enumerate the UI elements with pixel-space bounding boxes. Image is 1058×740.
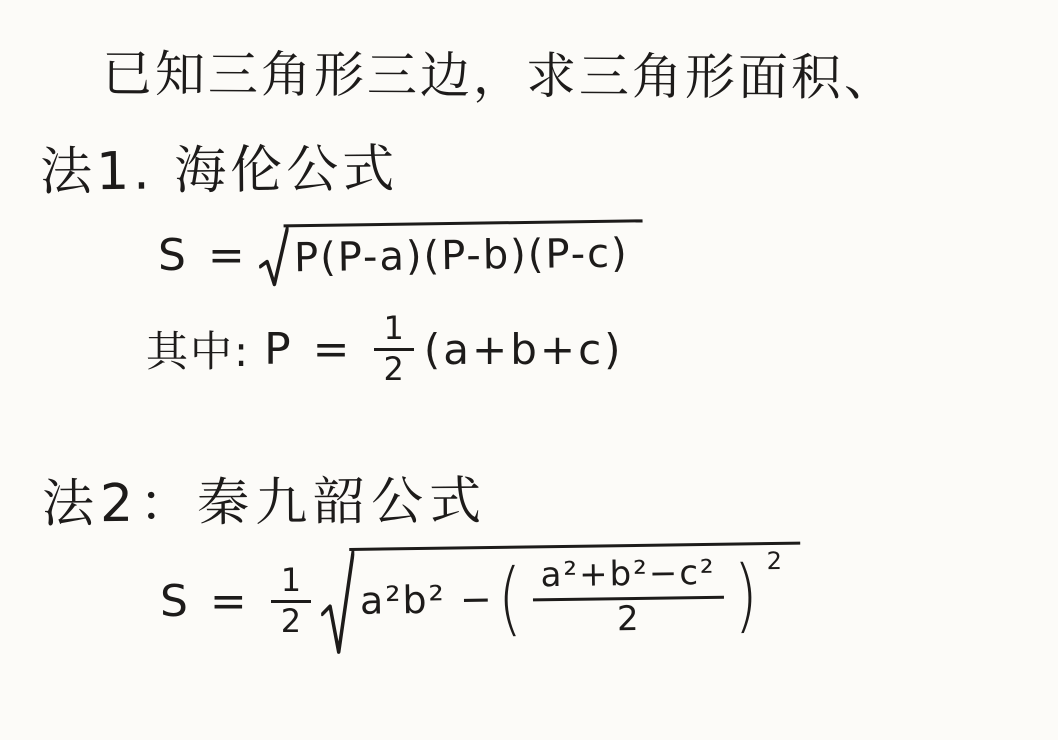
method1-heading: 法1. 海伦公式: [40, 126, 399, 204]
coefficient-numerator: 1: [271, 564, 311, 603]
qinjiushao-radical: a²b² − ( a²+b²−c² 2 ) 2: [320, 542, 801, 661]
qinjiushao-formula: S = 1 2 a²b² − ( a²+b²−c² 2 ) 2: [160, 545, 801, 657]
inner-fraction: a²+b²−c² 2: [533, 556, 725, 639]
fraction-numerator: 1: [374, 312, 414, 351]
heron-radicand: P(P-a)(P-b)(P-c): [283, 219, 642, 281]
semi-perimeter-lhs: P =: [264, 324, 353, 375]
fraction-denominator: 2: [384, 351, 404, 387]
handwritten-note-page: 已知三角形三边，求三角形面积、 法1. 海伦公式 S = P(P-a)(P-b)…: [0, 0, 1058, 740]
heron-radical: P(P-a)(P-b)(P-c): [258, 219, 643, 290]
inner-fraction-numerator: a²+b²−c²: [533, 556, 725, 601]
qinjiushao-radicand: a²b² − ( a²+b²−c² 2 ) 2: [349, 542, 801, 646]
inner-fraction-denominator: 2: [617, 600, 641, 638]
open-paren: (: [498, 563, 524, 635]
outer-exponent: 2: [767, 547, 785, 575]
method2-heading: 法2：秦九韶公式: [42, 458, 488, 536]
heron-formula-lhs: S =: [158, 230, 249, 281]
perimeter-sum-expression: (a+b+c): [424, 325, 624, 374]
note-title-line: 已知三角形三边，求三角形面积、: [102, 34, 897, 110]
coefficient-denominator: 2: [281, 603, 301, 639]
heron-formula: S = P(P-a)(P-b)(P-c): [158, 222, 642, 288]
qinjiushao-formula-lhs: S =: [160, 576, 251, 627]
one-half-coefficient: 1 2: [271, 564, 311, 638]
where-label: 其中:: [146, 319, 250, 379]
one-half-fraction: 1 2: [374, 312, 414, 386]
radicand-prefix: a²b² −: [360, 577, 494, 623]
semi-perimeter-line: 其中: P = 1 2 (a+b+c): [146, 312, 624, 386]
close-paren: ): [734, 559, 760, 631]
